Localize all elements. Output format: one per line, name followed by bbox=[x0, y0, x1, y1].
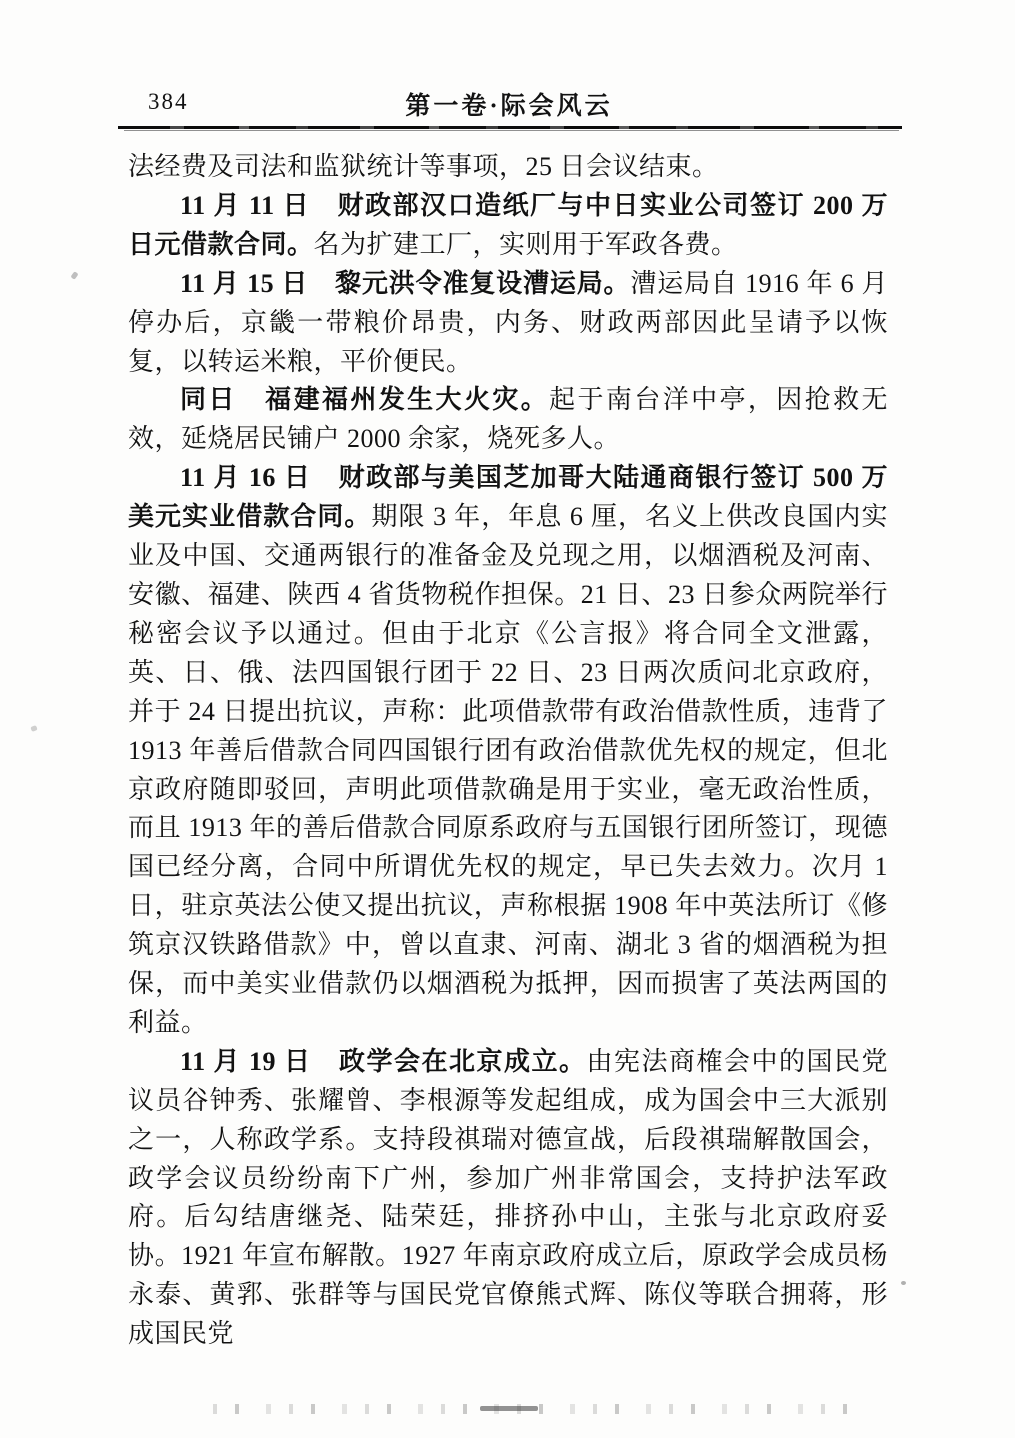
entry-text: 期限 3 年，年息 6 厘，名义上供改良国内实业及中国、交通两银行的准备金及兑现… bbox=[128, 502, 888, 1037]
entry-text: 名为扩建工厂，实则用于军政各费。 bbox=[314, 230, 738, 259]
scanned-book-page: 384 第一卷·际会风云 法经费及司法和监狱统计等事项，25 日会议结束。11 … bbox=[0, 0, 1015, 1438]
paragraph: 11 月 16 日 财政部与美国芝加哥大陆通商银行签订 500 万美元实业借款合… bbox=[128, 459, 888, 1043]
book-title: 第一卷·际会风云 bbox=[128, 86, 890, 122]
paragraph: 同日 福建福州发生大火灾。起于南台洋中亭，因抢救无效，延烧居民铺户 2000 余… bbox=[128, 381, 888, 459]
entry-text: 由宪法商榷会中的国民党议员谷钟秀、张耀曾、李根源等发起组成，成为国会中三大派别之… bbox=[128, 1047, 888, 1348]
paragraph: 11 月 15 日 黎元洪令准复设漕运局。漕运局自 1916 年 6 月停办后，… bbox=[128, 265, 888, 382]
entry-text: 法经费及司法和监狱统计等事项，25 日会议结束。 bbox=[128, 152, 719, 181]
entry-heading: 同日 福建福州发生大火灾。 bbox=[180, 385, 549, 414]
paragraph: 法经费及司法和监狱统计等事项，25 日会议结束。 bbox=[128, 148, 888, 187]
scan-smudge bbox=[195, 1404, 850, 1414]
scan-smudge bbox=[480, 1406, 538, 1411]
entry-heading: 11 月 15 日 黎元洪令准复设漕运局。 bbox=[180, 269, 630, 298]
scan-speck bbox=[901, 1281, 906, 1285]
body-text: 法经费及司法和监狱统计等事项，25 日会议结束。11 月 11 日 财政部汉口造… bbox=[128, 148, 888, 1354]
scan-speck bbox=[30, 725, 37, 732]
paragraph: 11 月 11 日 财政部汉口造纸厂与中日实业公司签订 200 万日元借款合同。… bbox=[128, 187, 888, 265]
paragraph: 11 月 19 日 政学会在北京成立。由宪法商榷会中的国民党议员谷钟秀、张耀曾、… bbox=[128, 1043, 888, 1354]
scan-speck bbox=[70, 271, 78, 280]
running-header: 384 第一卷·际会风云 bbox=[128, 86, 890, 120]
header-divider-rule bbox=[118, 125, 902, 132]
entry-heading: 11 月 19 日 政学会在北京成立。 bbox=[180, 1047, 587, 1076]
